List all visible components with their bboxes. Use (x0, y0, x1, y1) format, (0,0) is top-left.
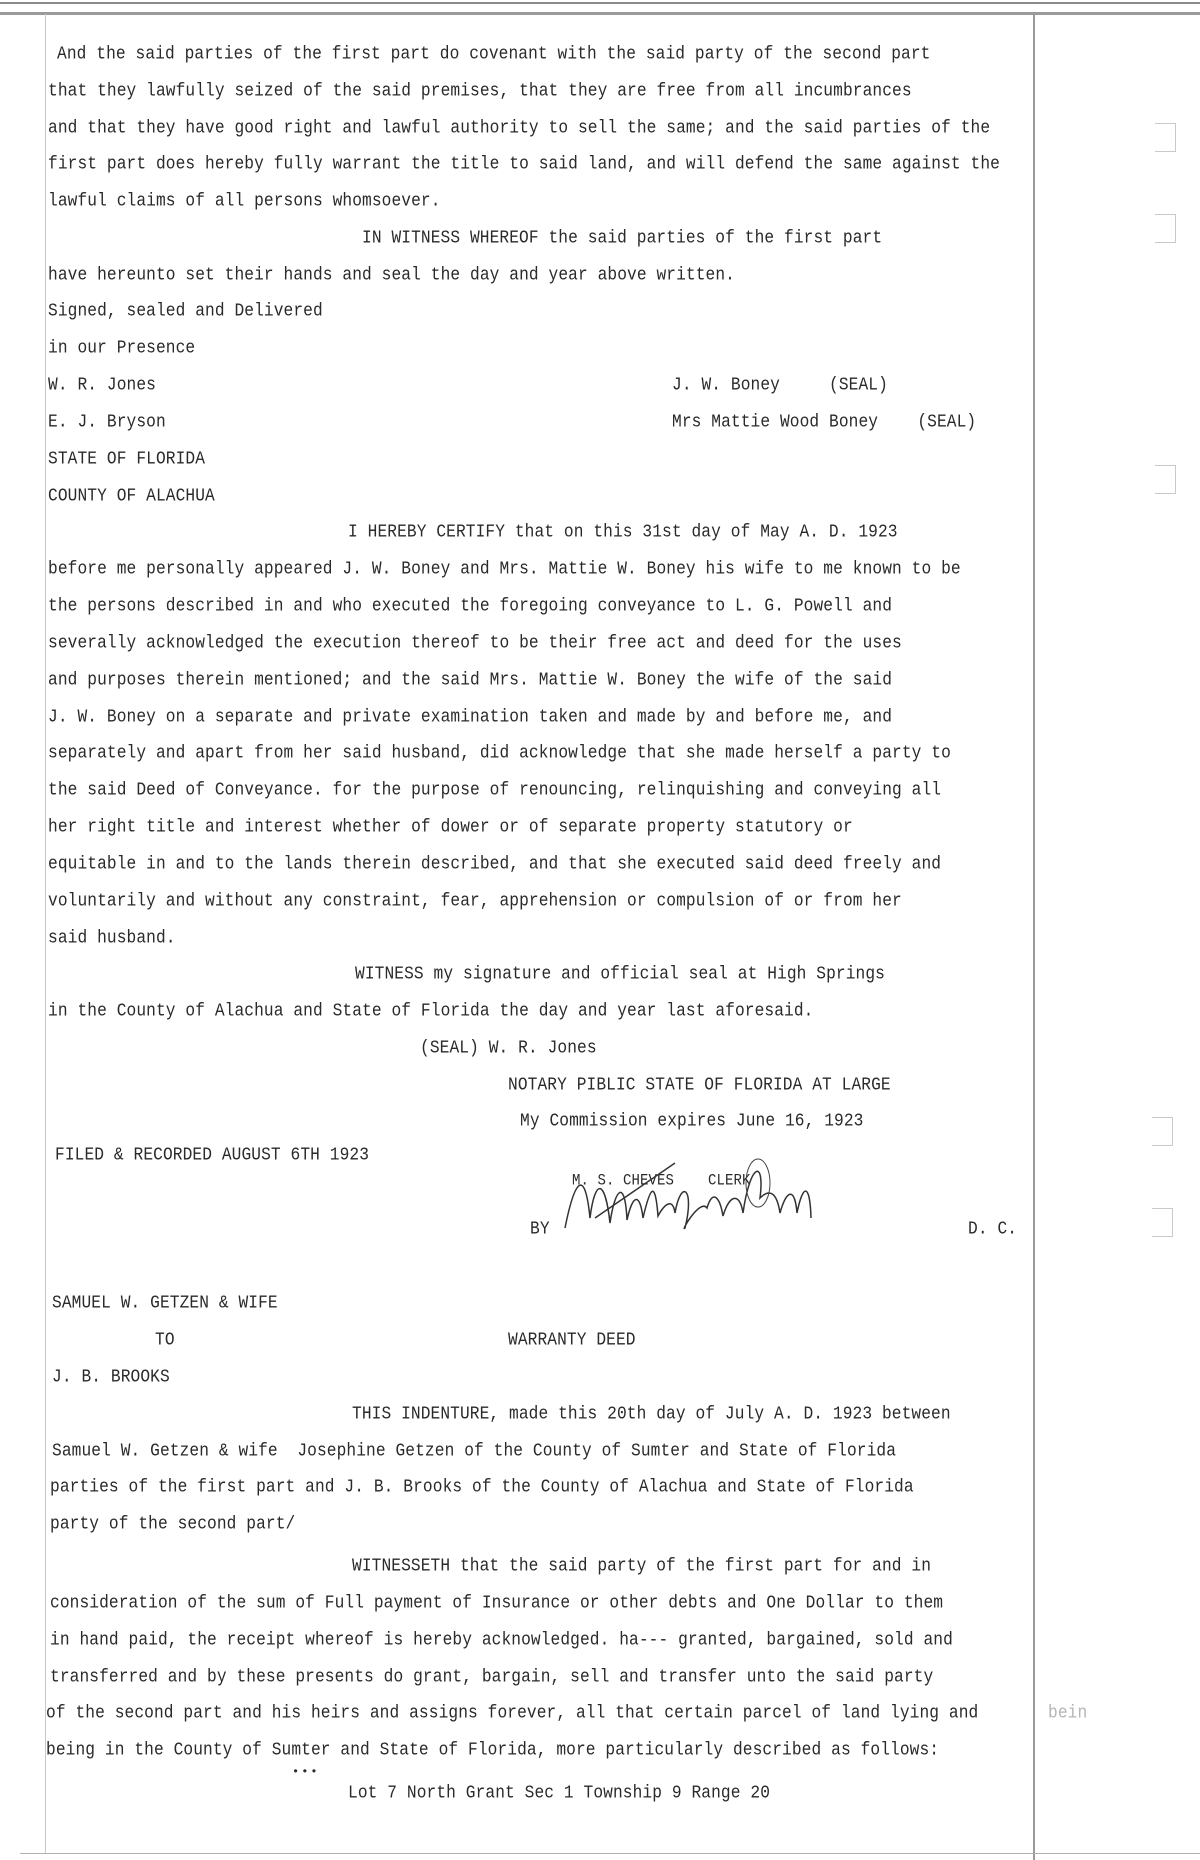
covenant-line: first part does hereby fully warrant the… (48, 153, 1000, 175)
notary-witness-cont: in the County of Alachua and State of Fl… (48, 1000, 814, 1022)
indenture-line: THIS INDENTURE, made this 20th day of Ju… (352, 1403, 951, 1425)
clerk-signature (555, 1158, 815, 1238)
bottom-rule (20, 1853, 1200, 1854)
by-label: BY (530, 1218, 550, 1240)
legal-description: Lot 7 North Grant Sec 1 Township 9 Range… (348, 1782, 770, 1804)
presence-label: in our Presence (48, 337, 195, 359)
notary-seal: (SEAL) W. R. Jones (420, 1037, 597, 1059)
witness-clause: IN WITNESS WHEREOF the said parties of t… (362, 227, 882, 249)
certificate-line: I HEREBY CERTIFY that on this 31st day o… (348, 521, 898, 543)
indenture-line: Samuel W. Getzen & wife Josephine Getzen… (52, 1440, 896, 1462)
top-rule-secondary (0, 12, 1200, 15)
certificate-line: and purposes therein mentioned; and the … (48, 669, 892, 691)
covenant-line: lawful claims of all persons whomsoever. (48, 190, 441, 212)
to-label: TO (155, 1329, 175, 1351)
witnesseth-line: consideration of the sum of Full payment… (50, 1592, 943, 1614)
certificate-line: the said Deed of Conveyance. for the pur… (48, 779, 941, 801)
witnesseth-line: being in the County of Sumter and State … (46, 1739, 939, 1761)
covenant-line: that they lawfully seized of the said pr… (48, 80, 912, 102)
signed-label: Signed, sealed and Delivered (48, 300, 323, 322)
certificate-line: severally acknowledged the execution the… (48, 632, 902, 654)
notary-witness: WITNESS my signature and official seal a… (355, 963, 885, 985)
certificate-line: equitable in and to the lands therein de… (48, 853, 941, 875)
grantor-signature: J. W. Boney (SEAL) (672, 374, 888, 396)
deed-title: WARRANTY DEED (508, 1329, 636, 1351)
ellipsis-marker: ••• (292, 1765, 320, 1779)
margin-mark (1155, 123, 1176, 152)
witnesseth-line: of the second part and his heirs and ass… (46, 1702, 978, 1724)
witnesseth-line: transferred and by these presents do gra… (50, 1666, 933, 1688)
certificate-line: separately and apart from her said husba… (48, 742, 951, 764)
certificate-line: the persons described in and who execute… (48, 595, 892, 617)
filed-recorded: FILED & RECORDED AUGUST 6TH 1923 (55, 1144, 369, 1166)
certificate-line: said husband. (48, 927, 176, 949)
witness-clause-cont: have hereunto set their hands and seal t… (48, 264, 735, 286)
commission-expiry: My Commission expires June 16, 1923 (520, 1110, 864, 1132)
witnesseth-line: in hand paid, the receipt whereof is her… (50, 1629, 953, 1651)
margin-mark (1155, 465, 1176, 494)
certificate-line: before me personally appeared J. W. Bone… (48, 558, 961, 580)
top-rule (0, 2, 1200, 4)
state-heading: STATE OF FLORIDA (48, 448, 205, 470)
witnesseth-line: WITNESSETH that the said party of the fi… (352, 1555, 931, 1577)
grantee-heading: J. B. BROOKS (52, 1366, 170, 1388)
indenture-line: parties of the first part and J. B. Broo… (50, 1476, 914, 1498)
deputy-clerk-label: D. C. (968, 1218, 1017, 1240)
witness-name: E. J. Bryson (48, 411, 166, 433)
right-margin-line (1033, 14, 1035, 1860)
grantor-heading: SAMUEL W. GETZEN & WIFE (52, 1292, 278, 1314)
margin-mark (1152, 1208, 1173, 1237)
covenant-line: and that they have good right and lawful… (48, 117, 990, 139)
covenant-line: And the said parties of the first part d… (57, 43, 930, 65)
notary-title: NOTARY PIBLIC STATE OF FLORIDA AT LARGE (508, 1074, 891, 1096)
margin-mark (1155, 214, 1176, 243)
witness-name: W. R. Jones (48, 374, 156, 396)
certificate-line: J. W. Boney on a separate and private ex… (48, 706, 892, 728)
county-heading: COUNTY OF ALACHUA (48, 485, 215, 507)
indenture-line: party of the second part/ (50, 1513, 295, 1535)
margin-mark (1152, 1117, 1173, 1146)
margin-overflow-text: bein (1048, 1702, 1087, 1724)
certificate-line: voluntarily and without any constraint, … (48, 890, 902, 912)
left-margin-line (45, 14, 46, 1854)
grantor-signature: Mrs Mattie Wood Boney (SEAL) (672, 411, 976, 433)
certificate-line: her right title and interest whether of … (48, 816, 853, 838)
